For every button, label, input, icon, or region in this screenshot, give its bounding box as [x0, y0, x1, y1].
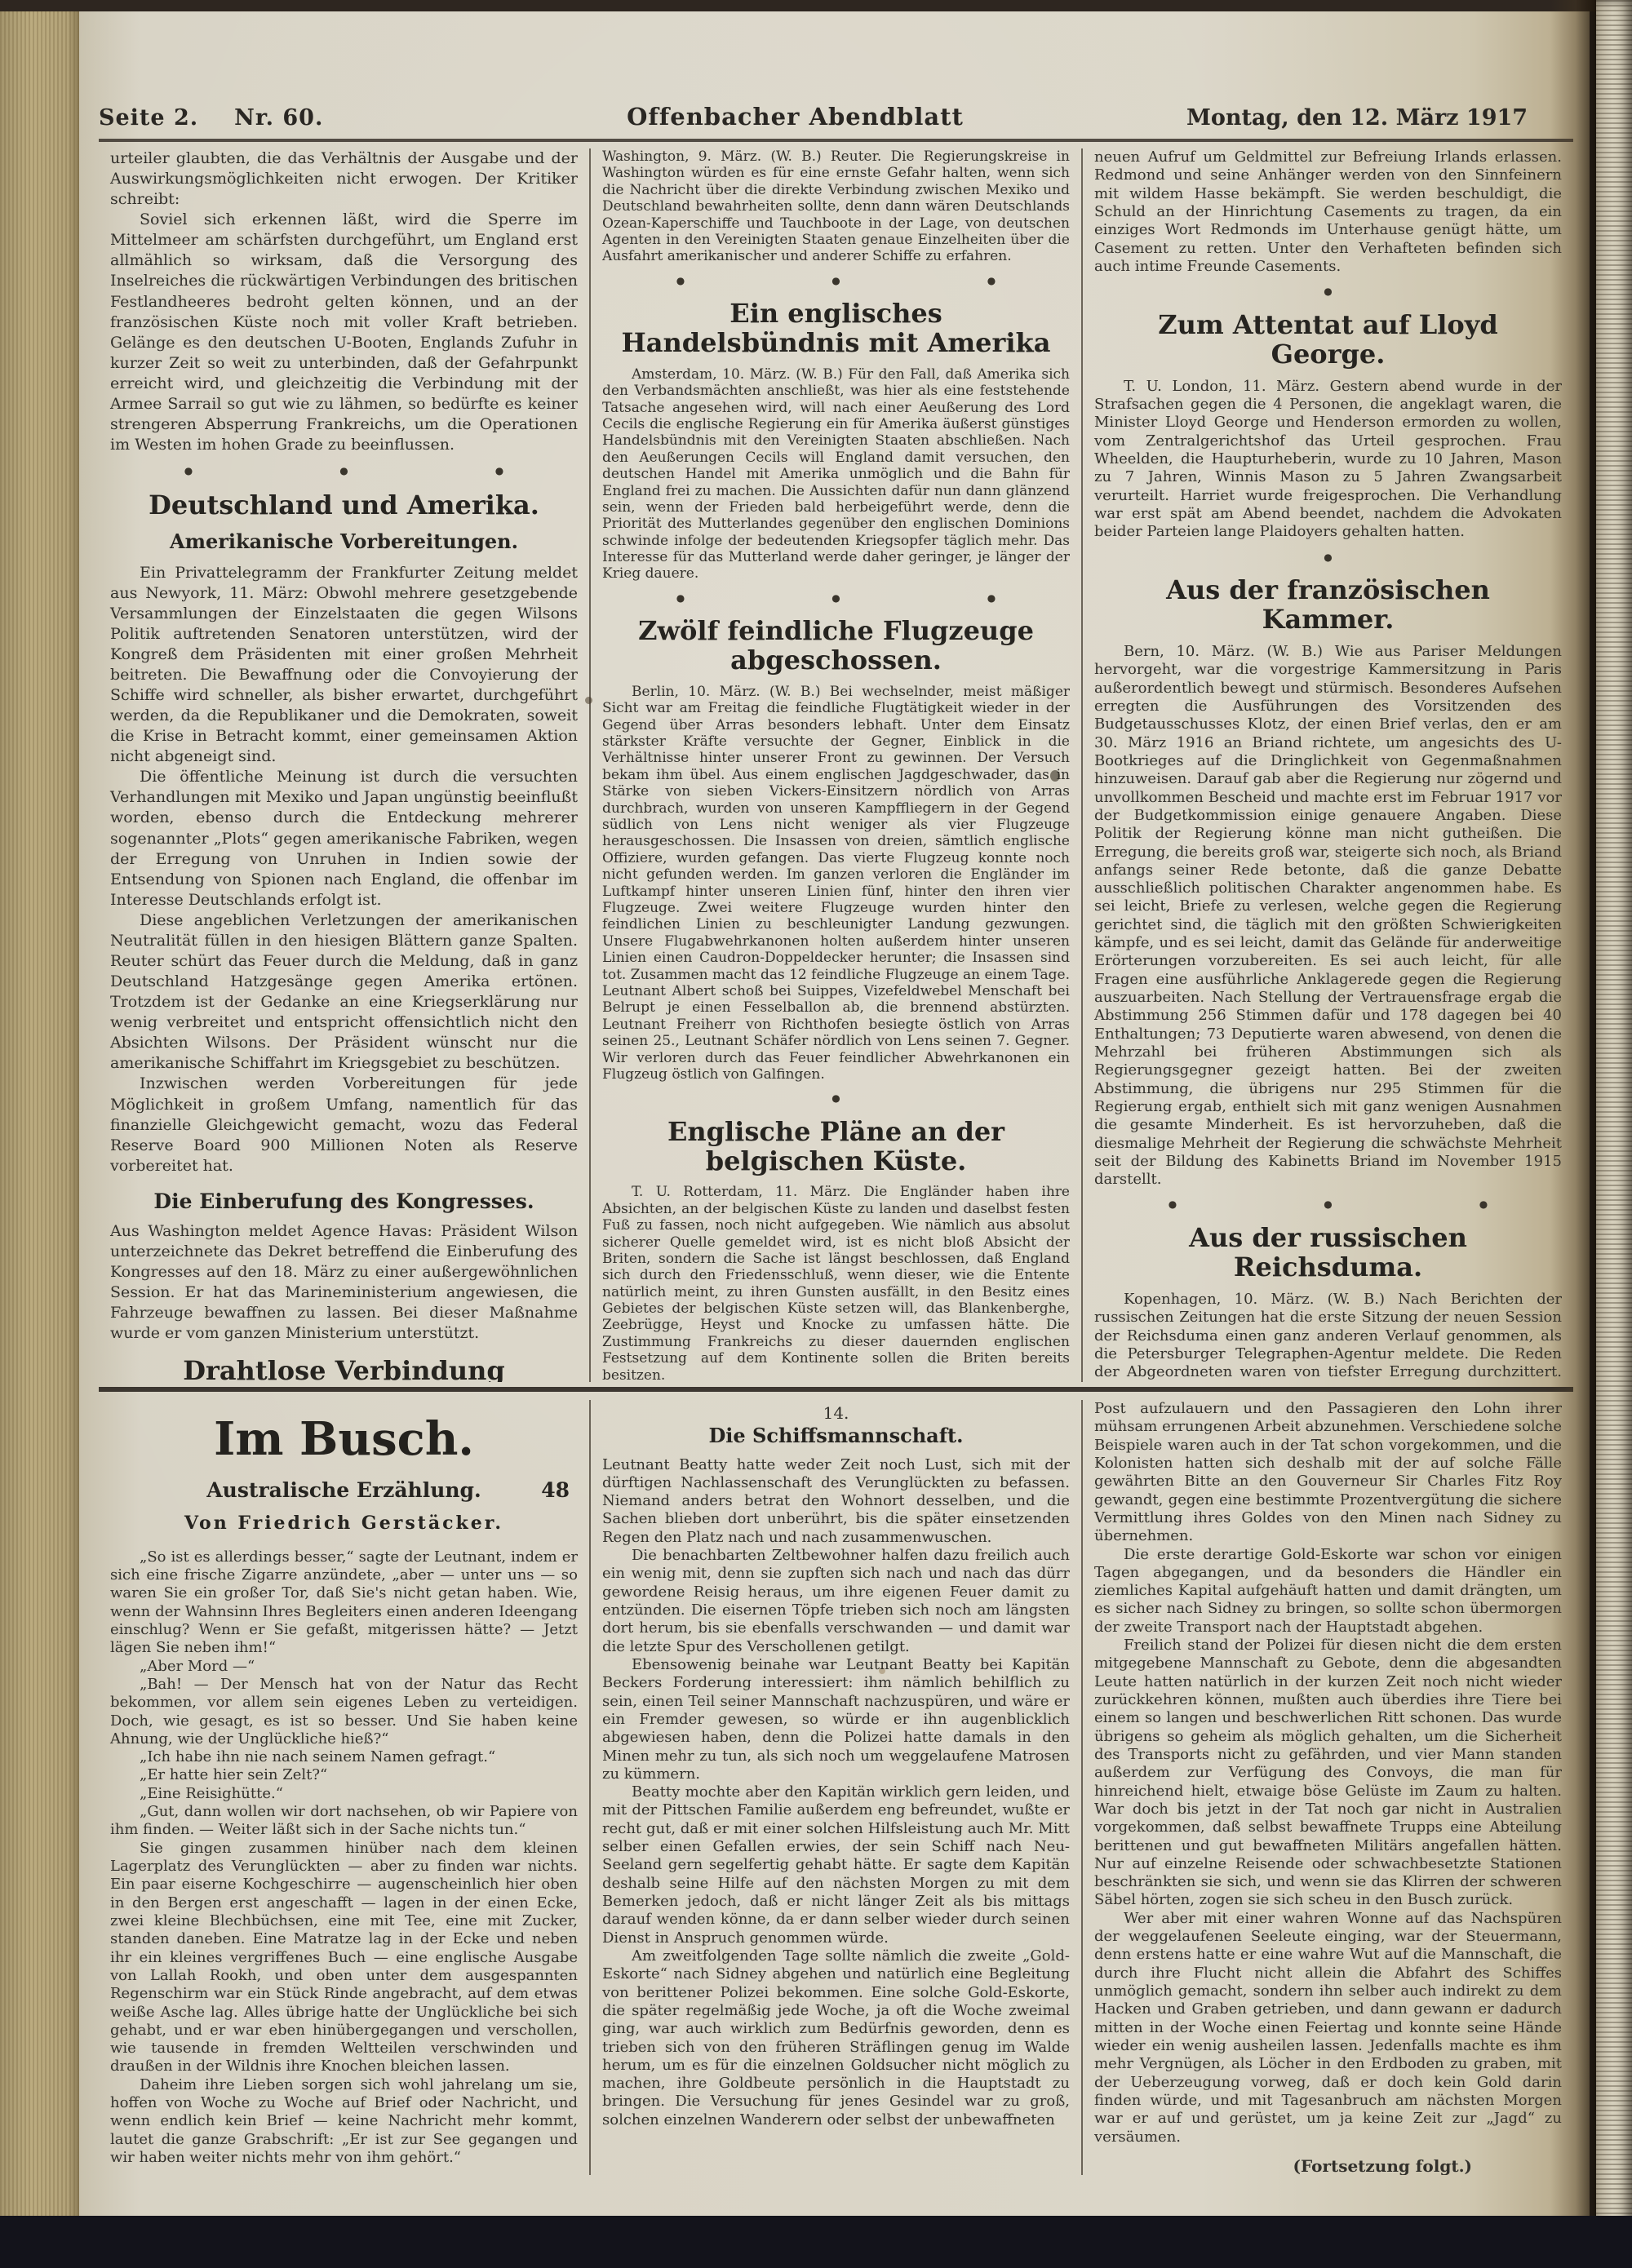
article-headline: Aus der russischen Reichsduma.: [1099, 1224, 1557, 1282]
news-column-1: urteiler glaubten, die das Verhältnis de…: [99, 148, 589, 1382]
separator-dot: ●: [339, 465, 348, 478]
article-paragraph: „So ist es allerdings besser,“ sagte der…: [110, 1548, 578, 1658]
article-separator: ●●●: [110, 465, 578, 478]
separator-dot: ●: [676, 275, 685, 286]
article-headline: Drahtlose Verbindung zwischen Mexiko und…: [115, 1357, 573, 1382]
article-paragraph: Die öffentliche Meinung ist durch die ve…: [110, 767, 578, 910]
article-paragraph: Post aufzulauern und den Passagieren den…: [1094, 1400, 1562, 1546]
page-number-block: Seite 2. Nr. 60.: [99, 105, 450, 131]
next-page-sliver: [1596, 0, 1632, 2268]
article-paragraph: Amsterdam, 10. März. (W. B.) Für den Fal…: [602, 366, 1070, 583]
separator-dot: ●: [832, 275, 840, 286]
news-column-3: neuen Aufruf um Geldmittel zur Befreiung…: [1081, 148, 1573, 1382]
article-separator: ●: [1094, 551, 1562, 564]
article-paragraph: Aus Washington meldet Agence Havas: Präs…: [110, 1221, 578, 1344]
scanned-newspaper-photo: Seite 2. Nr. 60. Offenbacher Abendblatt …: [0, 0, 1632, 2268]
article-headline: Die Einberufung des Kongresses.: [110, 1188, 578, 1215]
article-separator: ●●●: [1094, 1198, 1562, 1211]
article-paragraph: urteiler glaubten, die das Verhältnis de…: [110, 148, 578, 210]
page-header: Seite 2. Nr. 60. Offenbacher Abendblatt …: [99, 103, 1573, 131]
gutter-shadow: [1550, 0, 1596, 2268]
article-separator: ●●●: [602, 592, 1070, 604]
separator-dot: ●: [184, 465, 193, 478]
separator-dot: ●: [495, 465, 503, 478]
article-paragraph: Daheim ihre Lieben sorgen sich wohl jahr…: [110, 2076, 578, 2168]
article-paragraph: Kopenhagen, 10. März. (W. B.) Nach Beric…: [1094, 1291, 1562, 1382]
separator-dot: ●: [987, 275, 996, 286]
article-separator: ●: [1094, 286, 1562, 298]
article-paragraph: Die benachbarten Zeltbewohner halfen daz…: [602, 1547, 1070, 1656]
separator-dot: ●: [1324, 1198, 1332, 1211]
article-paragraph: Am zweitfolgenden Tage sollte nämlich di…: [602, 1947, 1070, 2129]
article-separator: ●: [602, 1092, 1070, 1104]
article-paragraph: Soviel sich erkennen läßt, wird die Sper…: [110, 210, 578, 455]
feuilleton-subtitle-row: Australische Erzählung.48: [110, 1477, 578, 1503]
newspaper-page: Seite 2. Nr. 60. Offenbacher Abendblatt …: [79, 11, 1590, 2216]
article-paragraph: „Er hatte hier sein Zelt?“: [110, 1766, 578, 1784]
article-headline: Aus der französischen Kammer.: [1099, 576, 1557, 635]
issue-number-label: Nr. 60.: [234, 105, 323, 131]
article-paragraph: Sie gingen zusammen hinüber nach dem kle…: [110, 1840, 578, 2076]
separator-dot: ●: [1324, 286, 1332, 298]
article-headline: Zum Attentat auf Lloyd George.: [1099, 311, 1557, 370]
feuilleton-divider-rule: [99, 1387, 1573, 1392]
article-paragraph: Die erste derartige Gold-Eskorte war sch…: [1094, 1546, 1562, 1637]
feuilleton-section: Im Busch.Australische Erzählung.48Von Fr…: [99, 1400, 1573, 2175]
article-paragraph: T. U. London, 11. März. Gestern abend wu…: [1094, 378, 1562, 542]
article-paragraph: Leutnant Beatty hatte weder Zeit noch Lu…: [602, 1456, 1070, 1548]
article-paragraph: Beatty mochte aber den Kapitän wirklich …: [602, 1783, 1070, 1947]
article-paragraph: Ebensowenig beinahe war Leutnant Beatty …: [602, 1656, 1070, 1783]
feuilleton-column-1: Im Busch.Australische Erzählung.48Von Fr…: [99, 1400, 589, 2175]
article-paragraph: „Gut, dann wollen wir dort nachsehen, ob…: [110, 1803, 578, 1840]
article-paragraph: „Eine Reisighütte.“: [110, 1785, 578, 1803]
separator-dot: ●: [987, 592, 996, 604]
news-section: urteiler glaubten, die das Verhältnis de…: [99, 148, 1573, 1382]
feuilleton-title: Im Busch.: [110, 1411, 578, 1468]
separator-dot: ●: [832, 1092, 840, 1104]
continuation-note: (Fortsetzung folgt.): [1094, 2156, 1562, 2175]
separator-dot: ●: [832, 592, 840, 604]
article-separator: ●●●: [602, 275, 1070, 286]
feuilleton-column-2: 14.Die Schiffsmannschaft.Leutnant Beatty…: [589, 1400, 1081, 2175]
article-paragraph: Berlin, 10. März. (W. B.) Bei wechselnde…: [602, 684, 1070, 1083]
chapter-title: Die Schiffsmannschaft.: [602, 1424, 1070, 1448]
chapter-number: 14.: [602, 1403, 1070, 1424]
separator-dot: ●: [676, 592, 685, 604]
serial-number: 48: [541, 1477, 570, 1503]
separator-dot: ●: [1169, 1198, 1177, 1211]
feuilleton-column-3: Post aufzulauern und den Passagieren den…: [1081, 1400, 1573, 2175]
article-subheadline: Amerikanische Vorbereitungen.: [110, 529, 578, 555]
article-paragraph: „Ich habe ihn nie nach seinem Namen gefr…: [110, 1748, 578, 1766]
newspaper-title: Offenbacher Abendblatt: [450, 103, 1141, 131]
article-headline: Deutschland und Amerika.: [115, 491, 573, 520]
header-rule: [99, 139, 1573, 142]
book-page-stack-edge: [0, 11, 79, 2216]
book-top-edge: [0, 0, 1632, 11]
article-paragraph: neuen Aufruf um Geldmittel zur Befreiung…: [1094, 148, 1562, 276]
article-paragraph: „Bah! — Der Mensch hat von der Natur das…: [110, 1676, 578, 1748]
article-paragraph: Bern, 10. März. (W. B.) Wie aus Pariser …: [1094, 643, 1562, 1189]
article-headline: Zwölf feindliche Flugzeuge abgeschossen.: [607, 617, 1065, 676]
article-headline: Ein englisches Handelsbündnis mit Amerik…: [607, 299, 1065, 358]
page-content: Seite 2. Nr. 60. Offenbacher Abendblatt …: [99, 11, 1573, 2175]
article-paragraph: Inzwischen werden Vorbereitungen für jed…: [110, 1074, 578, 1176]
page-number-label: Seite 2.: [99, 105, 198, 131]
article-paragraph: Wer aber mit einer wahren Wonne auf das …: [1094, 1910, 1562, 2146]
feuilleton-subtitle: Australische Erzählung.: [206, 1478, 481, 1502]
date-line: Montag, den 12. März 1917: [1141, 105, 1573, 131]
article-headline: Englische Pläne an der belgischen Küste.: [607, 1118, 1065, 1176]
news-column-2: Washington, 9. März. (W. B.) Reuter. Die…: [589, 148, 1081, 1382]
book-bottom-edge: [0, 2216, 1632, 2268]
feuilleton-byline: Von Friedrich Gerstäcker.: [110, 1513, 578, 1535]
separator-dot: ●: [1324, 551, 1332, 564]
article-paragraph: „Aber Mord —“: [110, 1658, 578, 1676]
separator-dot: ●: [1479, 1198, 1488, 1211]
article-paragraph: T. U. Rotterdam, 11. März. Die Engländer…: [602, 1184, 1070, 1382]
article-paragraph: Ein Privattelegramm der Frankfurter Zeit…: [110, 563, 578, 768]
article-paragraph: Freilich stand der Polizei für diesen ni…: [1094, 1637, 1562, 1910]
article-paragraph: Washington, 9. März. (W. B.) Reuter. Die…: [602, 148, 1070, 265]
article-paragraph: Diese angeblichen Verletzungen der ameri…: [110, 910, 578, 1074]
